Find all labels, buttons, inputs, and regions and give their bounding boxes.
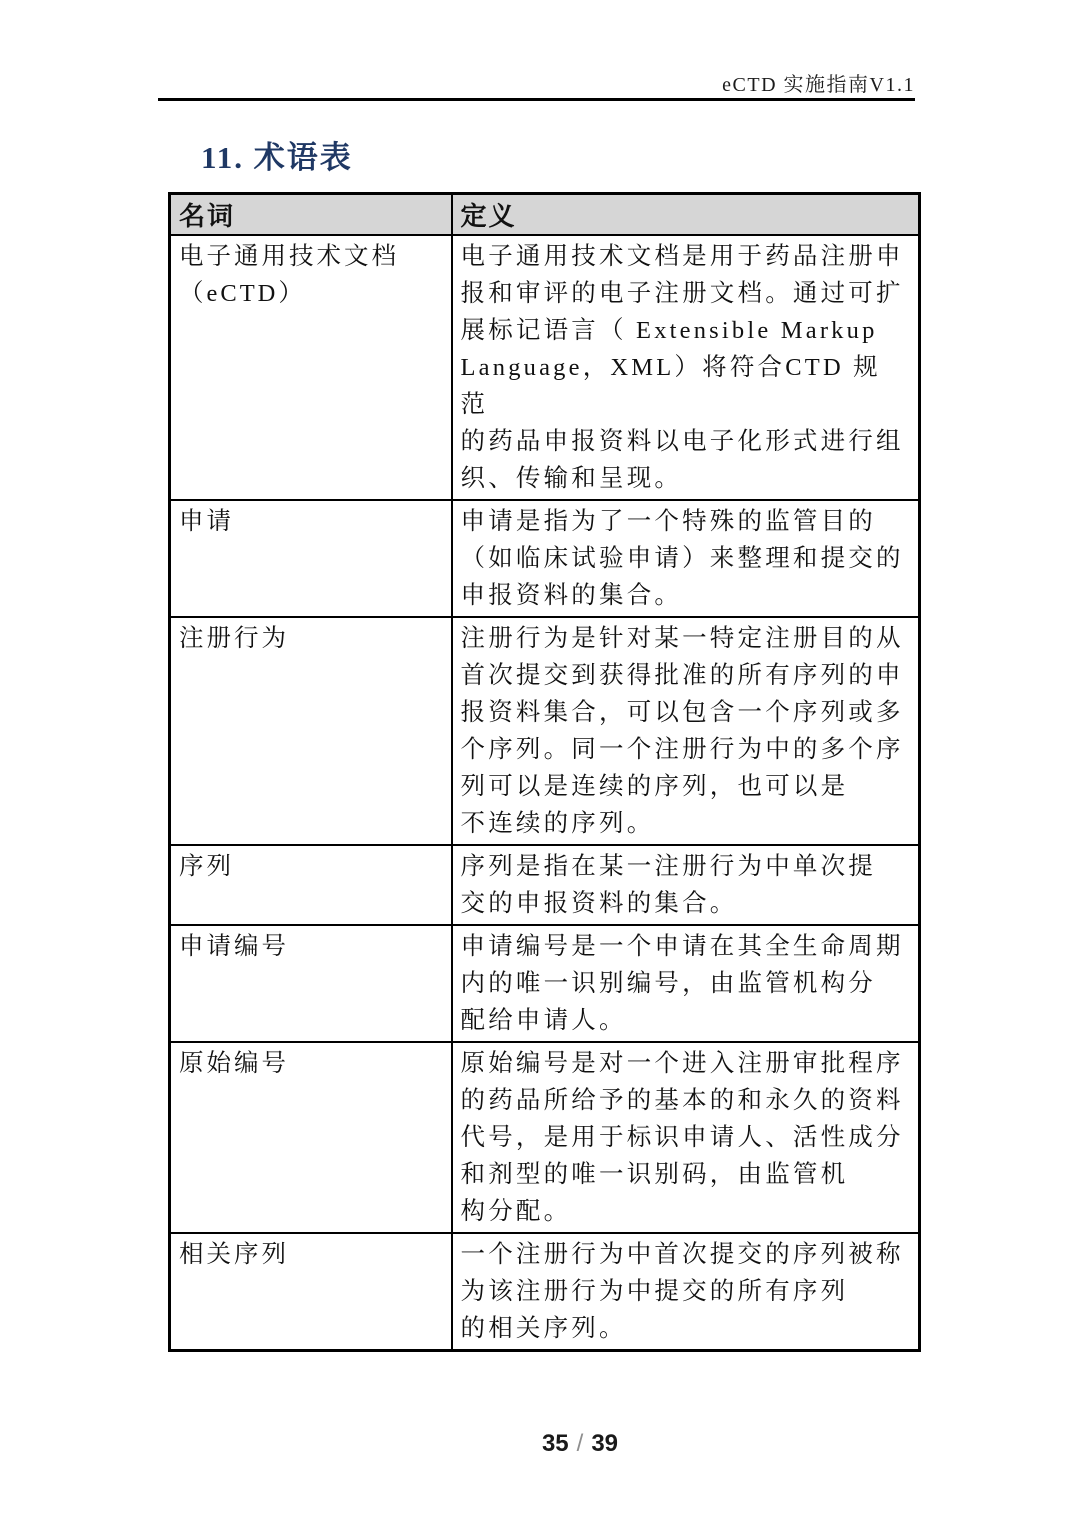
definition-cell: 序列是指在某一注册行为中单次提 交的申报资料的集合。 [452, 845, 920, 925]
term-cell: 电子通用技术文档 （eCTD） [170, 235, 452, 500]
term-cell: 申请编号 [170, 925, 452, 1042]
running-header: eCTD 实施指南V1.1 [158, 68, 915, 97]
definition-cell: 注册行为是针对某一特定注册目的从 首次提交到获得批准的所有序列的申 报资料集合，… [452, 617, 920, 845]
definition-cell: 申请是指为了一个特殊的监管目的 （如临床试验申请）来整理和提交的 申报资料的集合… [452, 500, 920, 617]
table-row: 申请编号 申请编号是一个申请在其全生命周期 内的唯一识别编号，由监管机构分 配给… [170, 925, 920, 1042]
term-cell: 注册行为 [170, 617, 452, 845]
section-title: 11. 术语表 [201, 132, 353, 177]
table-row: 序列 序列是指在某一注册行为中单次提 交的申报资料的集合。 [170, 845, 920, 925]
table-header-row: 名词 定义 [170, 194, 920, 236]
term-cell: 相关序列 [170, 1233, 452, 1351]
table-row: 原始编号 原始编号是对一个进入注册审批程序 的药品所给予的基本的和永久的资料 代… [170, 1042, 920, 1233]
table-row: 电子通用技术文档 （eCTD） 电子通用技术文档是用于药品注册申 报和审评的电子… [170, 235, 920, 500]
page-number-current: 35 [542, 1430, 569, 1457]
table-row: 申请 申请是指为了一个特殊的监管目的 （如临床试验申请）来整理和提交的 申报资料… [170, 500, 920, 617]
definition-cell: 原始编号是对一个进入注册审批程序 的药品所给予的基本的和永久的资料 代号，是用于… [452, 1042, 920, 1233]
term-cell: 申请 [170, 500, 452, 617]
running-header-text: eCTD 实施指南V1.1 [722, 74, 915, 96]
definition-cell: 申请编号是一个申请在其全生命周期 内的唯一识别编号，由监管机构分 配给申请人。 [452, 925, 920, 1042]
document-page: eCTD 实施指南V1.1 11. 术语表 名词 定义 电子通用技术文档 （eC… [0, 0, 1080, 1526]
table-row: 注册行为 注册行为是针对某一特定注册目的从 首次提交到获得批准的所有序列的申 报… [170, 617, 920, 845]
page-number-separator: / [577, 1430, 584, 1457]
term-cell: 原始编号 [170, 1042, 452, 1233]
page-number-total: 39 [591, 1430, 618, 1457]
column-header-definition: 定义 [452, 194, 920, 236]
page-footer: 35/39 [40, 1430, 1080, 1458]
definition-cell: 一个注册行为中首次提交的序列被称 为该注册行为中提交的所有序列 的相关序列。 [452, 1233, 920, 1351]
table-row: 相关序列 一个注册行为中首次提交的序列被称 为该注册行为中提交的所有序列 的相关… [170, 1233, 920, 1351]
glossary-table: 名词 定义 电子通用技术文档 （eCTD） 电子通用技术文档是用于药品注册申 报… [168, 192, 921, 1352]
header-divider-line [158, 98, 915, 101]
definition-cell: 电子通用技术文档是用于药品注册申 报和审评的电子注册文档。通过可扩 展标记语言（… [452, 235, 920, 500]
term-cell: 序列 [170, 845, 452, 925]
column-header-term: 名词 [170, 194, 452, 236]
